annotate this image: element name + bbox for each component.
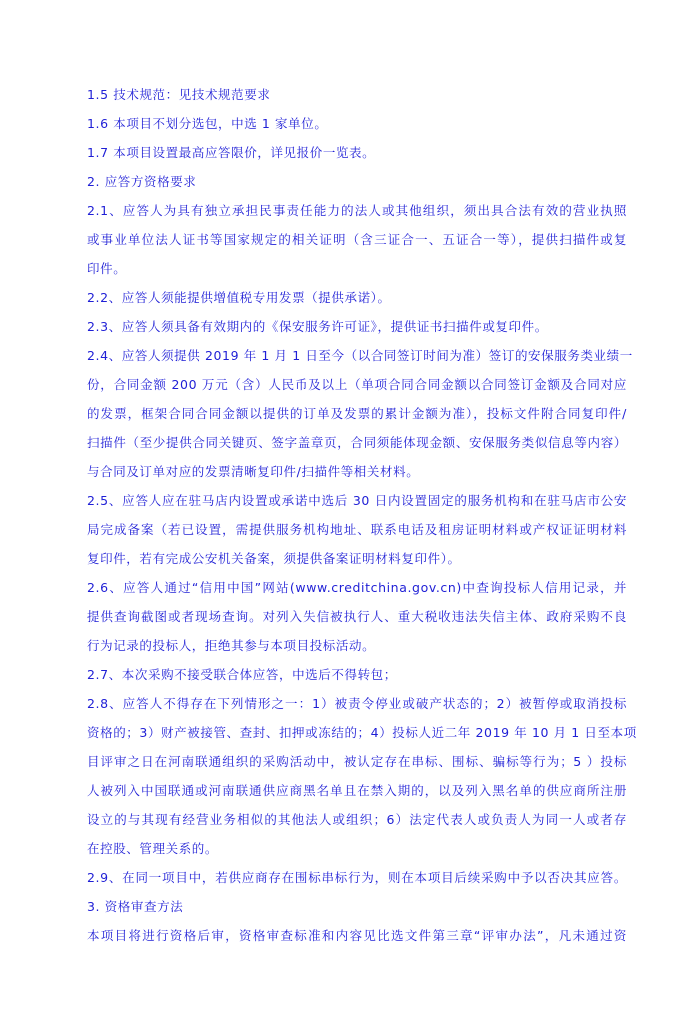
document-line: 与合同及订单对应的发票清晰复印件/扫描件等相关材料。 [87,457,627,486]
document-line: 复印件，若有完成公安机关备案，须提供备案证明材料复印件）。 [87,544,627,573]
document-line: 行为记录的投标人，拒绝其参与本项目投标活动。 [87,631,627,660]
document-line: 资格的；3）财产被接管、查封、扣押或冻结的；4）投标人近二年 2019 年 10… [87,718,627,747]
document-line: 2.5、应答人应在驻马店内设置或承诺中选后 30 日内设置固定的服务机构和在驻马… [87,486,627,515]
document-line: 提供查询截图或者现场查询。对列入失信被执行人、重大税收违法失信主体、政府采购不良 [87,602,627,631]
document-line: 2. 应答方资格要求 [87,167,627,196]
document-line: 局完成备案（若已设置，需提供服务机构地址、联系电话及租房证明材料或产权证证明材料 [87,515,627,544]
document-line: 2.7、本次采购不接受联合体应答，中选后不得转包； [87,660,627,689]
document-line: 份，合同金额 200 万元（含）人民币及以上（单项合同合同金额以合同签订金额及合… [87,370,627,399]
document-line: 在控股、管理关系的。 [87,834,627,863]
document-line: 3. 资格审查方法 [87,892,627,921]
document-line: 目评审之日在河南联通组织的采购活动中，被认定存在串标、围标、骗标等行为；5 ）投… [87,747,627,776]
document-line: 2.4、应答人须提供 2019 年 1 月 1 日至今（以合同签订时间为准）签订… [87,341,627,370]
document-line: 1.7 本项目设置最高应答限价，详见报价一览表。 [87,138,627,167]
document-line: 2.1、应答人为具有独立承担民事责任能力的法人或其他组织，须出具合法有效的营业执… [87,196,627,225]
document-line: 本项目将进行资格后审，资格审查标准和内容见比选文件第三章“评审办法”，凡未通过资 [87,921,627,950]
document-line: 2.6、应答人通过“信用中国”网站(www.creditchina.gov.cn… [87,573,627,602]
document-line: 设立的与其现有经营业务相似的其他法人或组织；6）法定代表人或负责人为同一人或者存 [87,805,627,834]
document-line: 扫描件（至少提供合同关键页、签字盖章页，合同须能体现金额、安保服务类似信息等内容… [87,428,627,457]
document-line: 或事业单位法人证书等国家规定的相关证明（含三证合一、五证合一等），提供扫描件或复 [87,225,627,254]
document-line: 1.5 技术规范：见技术规范要求 [87,80,627,109]
document-line: 1.6 本项目不划分选包，中选 1 家单位。 [87,109,627,138]
document-line: 的发票，框架合同合同金额以提供的订单及发票的累计金额为准），投标文件附合同复印件… [87,399,627,428]
document-line: 2.9、在同一项目中，若供应商存在围标串标行为，则在本项目后续采购中予以否决其应… [87,863,627,892]
document-line: 人被列入中国联通或河南联通供应商黑名单且在禁入期的，以及列入黑名单的供应商所注册 [87,776,627,805]
document-line: 2.3、应答人须具备有效期内的《保安服务许可证》，提供证书扫描件或复印件。 [87,312,627,341]
document-line: 2.8、应答人不得存在下列情形之一：1）被责令停业或破产状态的；2）被暂停或取消… [87,689,627,718]
document-page: 1.5 技术规范：见技术规范要求1.6 本项目不划分选包，中选 1 家单位。1.… [87,80,627,950]
document-line: 印件。 [87,254,627,283]
document-line: 2.2、应答人须能提供增值税专用发票（提供承诺）。 [87,283,627,312]
